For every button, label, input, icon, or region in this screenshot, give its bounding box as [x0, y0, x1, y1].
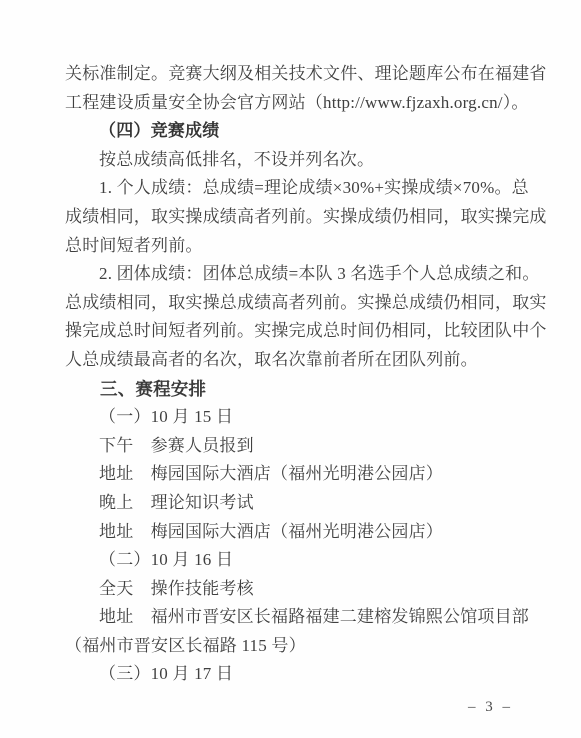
paragraph-line: 人总成绩最高者的名次，取名次靠前者所在团队列前。 [65, 346, 518, 375]
schedule-date-line: （一）10 月 15 日 [65, 403, 518, 432]
schedule-date-line: （二）10 月 16 日 [65, 546, 518, 575]
schedule-date-line: （三）10 月 17 日 [65, 660, 518, 689]
page-number: – 3 – [468, 699, 513, 716]
schedule-item-line: 全天 操作技能考核 [65, 575, 518, 604]
paragraph-line: 工程建设质量安全协会官方网站（http://www.fjzaxh.org.cn/… [65, 89, 518, 118]
schedule-item-line: 晚上 理论知识考试 [65, 489, 518, 518]
schedule-address-line: 地址 梅园国际大酒店（福州光明港公园店） [65, 518, 518, 547]
section-heading-competition-results: （四）竞赛成绩 [65, 117, 518, 146]
paragraph-line: 总成绩相同，取实操总成绩高者列前。实操总成绩仍相同，取实 [65, 289, 518, 318]
paragraph-line: 按总成绩高低排名，不设并列名次。 [65, 146, 518, 175]
paragraph-line: 关标准制定。竞赛大纲及相关技术文件、理论题库公布在福建省 [65, 60, 518, 89]
paragraph-line: 总时间短者列前。 [65, 232, 518, 261]
schedule-address-line: （福州市晋安区长福路 115 号） [65, 632, 518, 661]
paragraph-line: 成绩相同，取实操成绩高者列前。实操成绩仍相同，取实操完成 [65, 203, 518, 232]
paragraph-line: 2. 团体成绩：团体总成绩=本队 3 名选手个人总成绩之和。 [65, 260, 518, 289]
paragraph-line: 操完成总时间短者列前。实操完成总时间仍相同，比较团队中个 [65, 317, 518, 346]
section-heading-schedule: 三、赛程安排 [65, 375, 518, 404]
schedule-address-line: 地址 梅园国际大酒店（福州光明港公园店） [65, 460, 518, 489]
paragraph-line: 1. 个人成绩：总成绩=理论成绩×30%+实操成绩×70%。总 [65, 174, 518, 203]
schedule-item-line: 下午 参赛人员报到 [65, 432, 518, 461]
schedule-address-line: 地址 福州市晋安区长福路福建二建榕发锦熙公馆项目部 [65, 603, 518, 632]
document-page: 关标准制定。竞赛大纲及相关技术文件、理论题库公布在福建省 工程建设质量安全协会官… [0, 0, 581, 738]
document-body: 关标准制定。竞赛大纲及相关技术文件、理论题库公布在福建省 工程建设质量安全协会官… [65, 60, 518, 689]
